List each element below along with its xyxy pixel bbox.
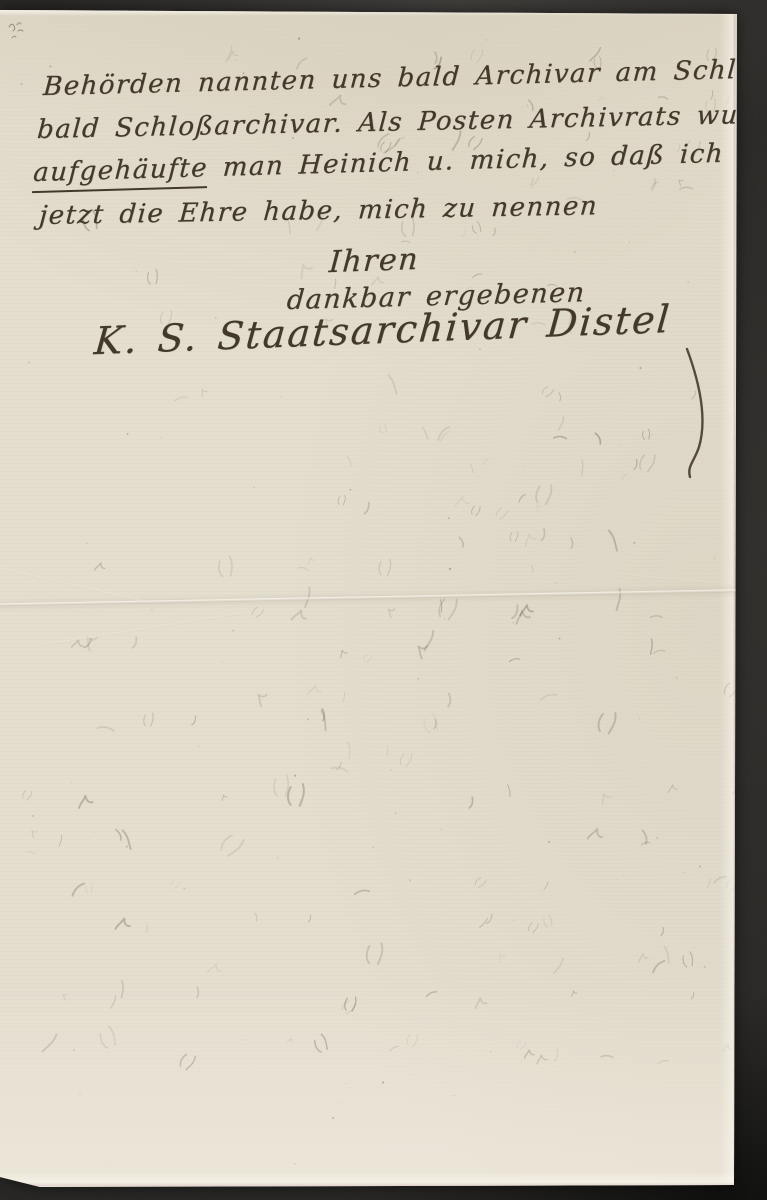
scanned-letter-page: Behörden nannten uns bald Archivar am Sc… xyxy=(0,0,767,1200)
signature-flourish xyxy=(687,349,702,477)
paper-edge-right xyxy=(720,14,735,1184)
diagonal-crease xyxy=(0,566,140,602)
body-line: aufgehäufte man Heinich u. mich, so daß … xyxy=(32,141,724,186)
underlined-word: aufgehäufte xyxy=(32,153,209,193)
diagonal-crease xyxy=(43,612,246,646)
letter-sheet: Behörden nannten uns bald Archivar am Sc… xyxy=(0,0,767,1200)
closing-line: Ihren xyxy=(328,245,420,278)
body-line-rest: man Heinich u. mich, so daß ich xyxy=(207,139,725,183)
body-line: jetzt die Ehre habe, mich zu nennen xyxy=(38,193,599,229)
pencil-mark xyxy=(9,23,23,38)
paper-edge-bottom xyxy=(0,1172,736,1186)
paper-shadow-wrap: Behörden nannten uns bald Archivar am Sc… xyxy=(0,0,767,1200)
fold-crease xyxy=(0,588,767,606)
body-line: Behörden nannten uns bald Archivar am Sc… xyxy=(42,57,757,100)
diagonal-crease xyxy=(628,574,758,587)
paper-edge-top xyxy=(0,10,737,16)
signature-line: K. S. Staatsarchivar Distel xyxy=(93,300,673,360)
body-line: bald Schloßarchivar. Als Posten Archivra… xyxy=(36,101,767,143)
